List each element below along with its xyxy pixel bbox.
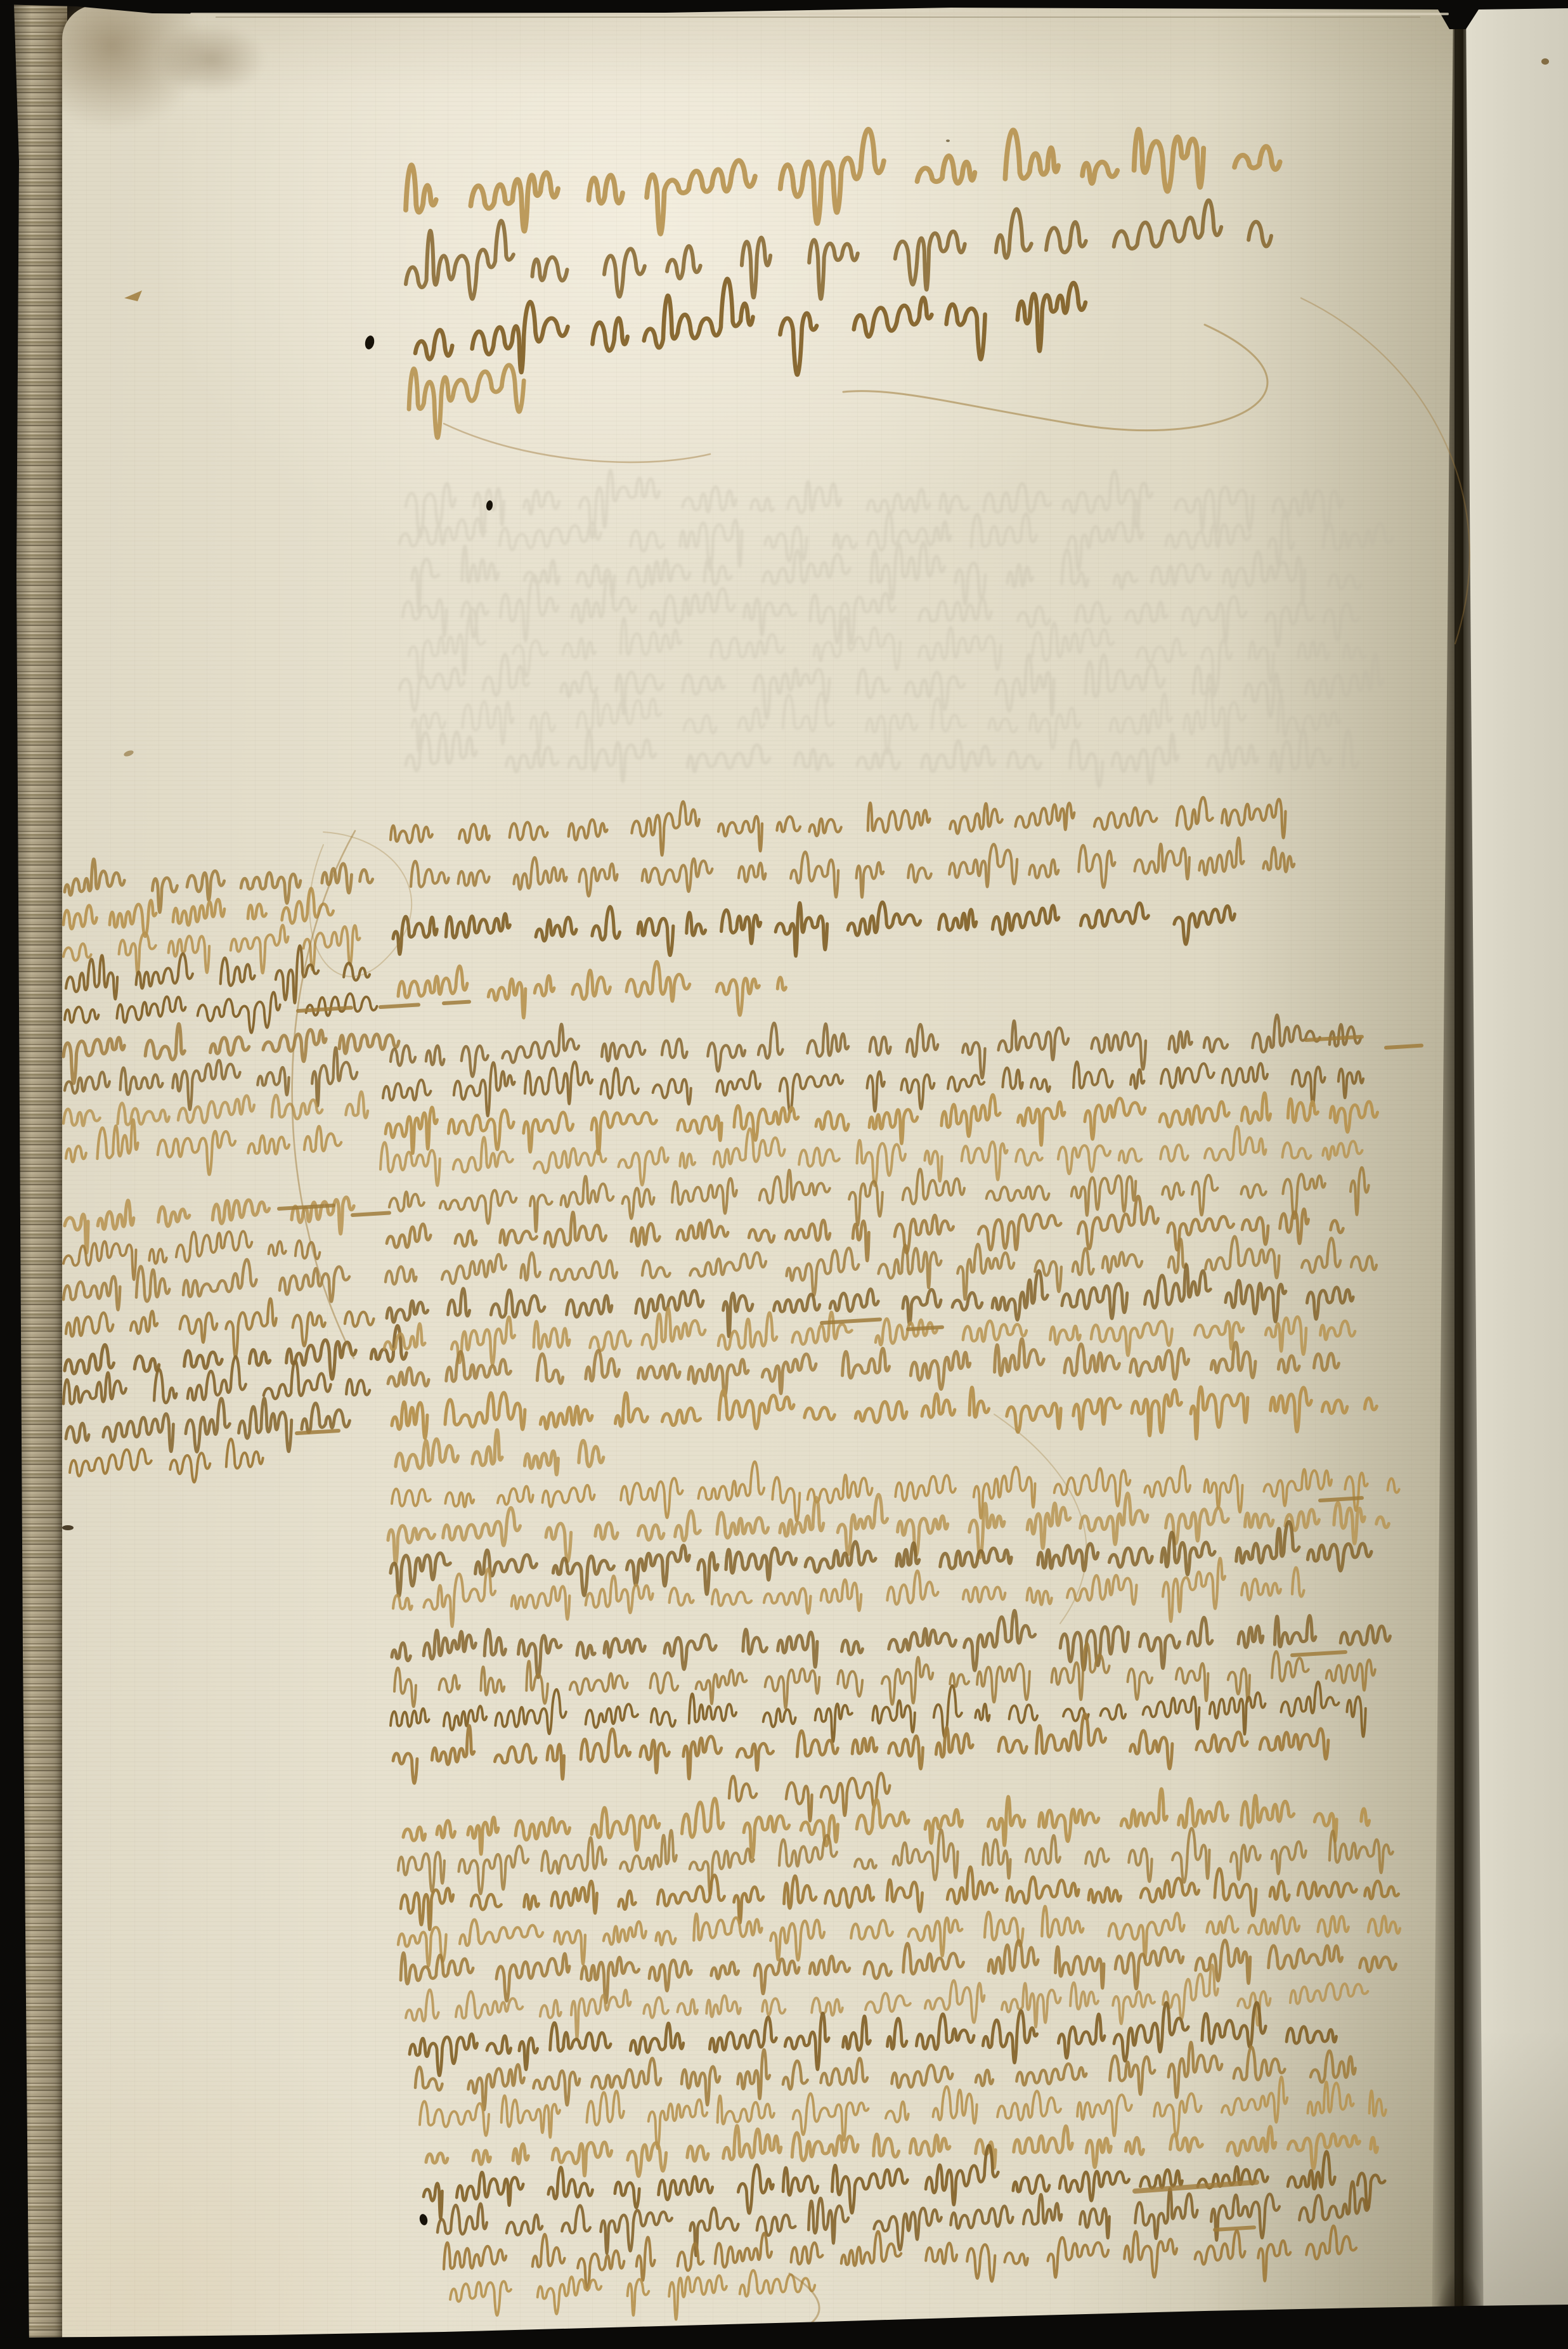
handwritten-line — [399, 654, 1383, 719]
handwritten-line — [391, 797, 1285, 855]
handwritten-line — [66, 1398, 350, 1452]
ink-block-body-heading — [729, 1773, 890, 1821]
handwritten-line — [393, 1714, 1328, 1783]
handwritten-line — [406, 729, 1358, 786]
handwritten-line — [729, 1773, 890, 1821]
handwritten-line — [63, 888, 334, 937]
ink-dash — [297, 1431, 339, 1433]
handwritten-line — [384, 1308, 1355, 1365]
handwritten-line — [406, 200, 1271, 299]
handwritten-line — [63, 1024, 399, 1084]
handwritten-line — [388, 1339, 1339, 1396]
ink-spot — [418, 2213, 429, 2226]
handwritten-line — [63, 925, 360, 974]
handwritten-line — [391, 1015, 1361, 1078]
ink-dash — [279, 1206, 334, 1209]
handwritten-line — [411, 838, 1294, 897]
handwritten-line — [386, 1237, 1377, 1299]
handwritten-line — [412, 688, 1340, 754]
handwritten-line — [63, 1231, 320, 1279]
ink-spot — [123, 750, 134, 758]
handwritten-line — [63, 1259, 349, 1310]
handwriting-ink-layer — [0, 0, 1568, 2349]
ink-block-margin-note-1 — [63, 859, 399, 1175]
handwritten-line — [66, 1119, 341, 1174]
handwritten-line — [66, 946, 370, 1003]
handwritten-line — [63, 1091, 368, 1126]
handwritten-line — [401, 1867, 1399, 1930]
ink-dash — [353, 1213, 389, 1216]
ink-block-body-par-2 — [380, 1015, 1378, 1474]
top-leaf-edge-shadow — [216, 16, 1420, 18]
pen-flourish — [843, 325, 1267, 431]
ink-dash — [1292, 1652, 1345, 1655]
ink-block-body-par-5 — [398, 1789, 1400, 2320]
ink-dash — [1386, 1046, 1422, 1048]
handwritten-line — [393, 902, 1234, 956]
handwritten-line — [392, 1611, 1390, 1677]
photo-backdrop: Seventeenth-century Dutch handwritten ma… — [0, 0, 1568, 2349]
handwritten-line — [65, 992, 377, 1032]
handwritten-line — [70, 1439, 263, 1482]
top-leaf-edge-highlight — [190, 13, 1449, 15]
handwritten-line — [391, 1682, 1366, 1742]
handwritten-line — [392, 1387, 1377, 1439]
pen-flourish — [1301, 298, 1470, 644]
handwritten-line — [412, 542, 1361, 612]
ink-block-margin-note-2 — [63, 1197, 406, 1482]
handwritten-line — [391, 1521, 1371, 1596]
ink-dash — [1320, 1498, 1362, 1500]
handwritten-line — [403, 1789, 1370, 1858]
handwritten-line — [383, 1062, 1363, 1116]
ink-dash — [380, 1005, 418, 1007]
handwritten-line — [406, 129, 1280, 234]
ink-dash — [908, 1327, 942, 1329]
ink-spot — [946, 140, 950, 142]
ink-dash — [1215, 2227, 1254, 2230]
ink-spot — [62, 1525, 74, 1530]
ink-block-body-par-4 — [391, 1611, 1390, 1783]
handwritten-line — [401, 1940, 1396, 2003]
ink-dash — [444, 1002, 469, 1003]
handwritten-line — [393, 1558, 1304, 1627]
handwritten-line — [415, 279, 1085, 375]
handwritten-line — [406, 470, 1342, 538]
handwritten-line — [415, 2042, 1356, 2110]
handwritten-line — [387, 1265, 1353, 1337]
handwritten-line — [403, 575, 1359, 647]
ink-spot — [1541, 58, 1549, 65]
pen-flourish — [444, 424, 710, 462]
ink-flourishes — [124, 290, 1470, 2341]
handwritten-line — [389, 1168, 1369, 1232]
ink-block-body-par-3 — [388, 1462, 1399, 1627]
pen-flourish — [124, 290, 142, 301]
ink-block-body-par-1 — [391, 797, 1294, 1018]
ink-block-ghost-showthrough — [399, 470, 1392, 786]
handwritten-line — [409, 365, 524, 438]
handwritten-line — [398, 961, 786, 1018]
handwritten-line — [450, 2270, 815, 2320]
ink-spot — [364, 335, 375, 350]
